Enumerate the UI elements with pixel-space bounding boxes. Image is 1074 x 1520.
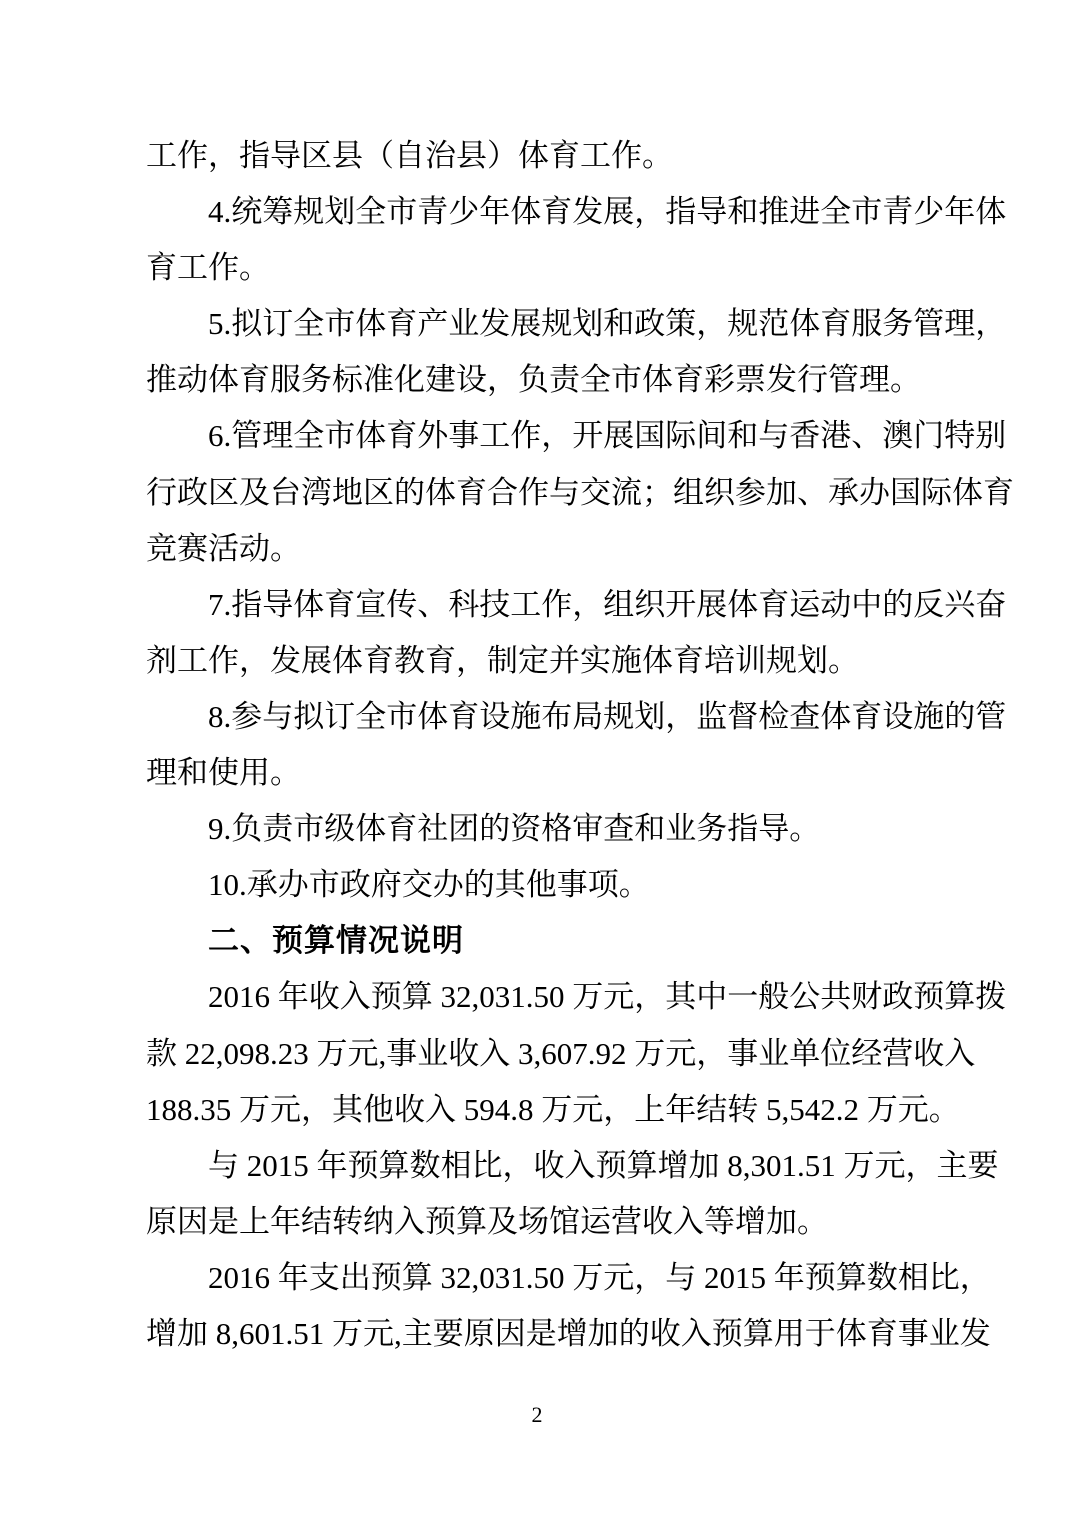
page-number: 2 (532, 1402, 543, 1427)
body-line: 5.拟订全市体育产业发展规划和政策，规范体育服务管理， (146, 296, 940, 352)
document-body: 工作，指导区县（自治县）体育工作。 4.统筹规划全市青少年体育发展，指导和推进全… (146, 128, 940, 1362)
body-line: 行政区及台湾地区的体育合作与交流；组织参加、承办国际体育 (146, 465, 940, 521)
body-line: 增加 8,601.51 万元,主要原因是增加的收入预算用于体育事业发 (146, 1306, 940, 1362)
body-line: 6.管理全市体育外事工作，开展国际间和与香港、澳门特别 (146, 408, 940, 464)
body-line: 剂工作，发展体育教育，制定并实施体育培训规划。 (146, 633, 940, 689)
body-line: 育工作。 (146, 240, 940, 296)
body-line: 2016 年收入预算 32,031.50 万元，其中一般公共财政预算拨 (146, 969, 940, 1025)
body-line: 原因是上年结转纳入预算及场馆运营收入等增加。 (146, 1194, 940, 1250)
body-line: 竞赛活动。 (146, 521, 940, 577)
page-footer: 2 (0, 1402, 1074, 1428)
body-line: 7.指导体育宣传、科技工作，组织开展体育运动中的反兴奋 (146, 577, 940, 633)
body-line: 款 22,098.23 万元,事业收入 3,607.92 万元，事业单位经营收入 (146, 1026, 940, 1082)
body-line: 8.参与拟订全市体育设施布局规划，监督检查体育设施的管 (146, 689, 940, 745)
body-line: 工作，指导区县（自治县）体育工作。 (146, 128, 940, 184)
body-line: 2016 年支出预算 32,031.50 万元，与 2015 年预算数相比， (146, 1250, 940, 1306)
body-line: 与 2015 年预算数相比，收入预算增加 8,301.51 万元，主要 (146, 1138, 940, 1194)
body-line: 188.35 万元，其他收入 594.8 万元，上年结转 5,542.2 万元。 (146, 1082, 940, 1138)
document-page: 工作，指导区县（自治县）体育工作。 4.统筹规划全市青少年体育发展，指导和推进全… (0, 0, 1074, 1520)
body-line: 4.统筹规划全市青少年体育发展，指导和推进全市青少年体 (146, 184, 940, 240)
section-heading-budget-overview: 二、预算情况说明 (146, 913, 940, 969)
body-line: 推动体育服务标准化建设，负责全市体育彩票发行管理。 (146, 352, 940, 408)
body-line: 理和使用。 (146, 745, 940, 801)
body-line: 10.承办市政府交办的其他事项。 (146, 857, 940, 913)
body-line: 9.负责市级体育社团的资格审查和业务指导。 (146, 801, 940, 857)
